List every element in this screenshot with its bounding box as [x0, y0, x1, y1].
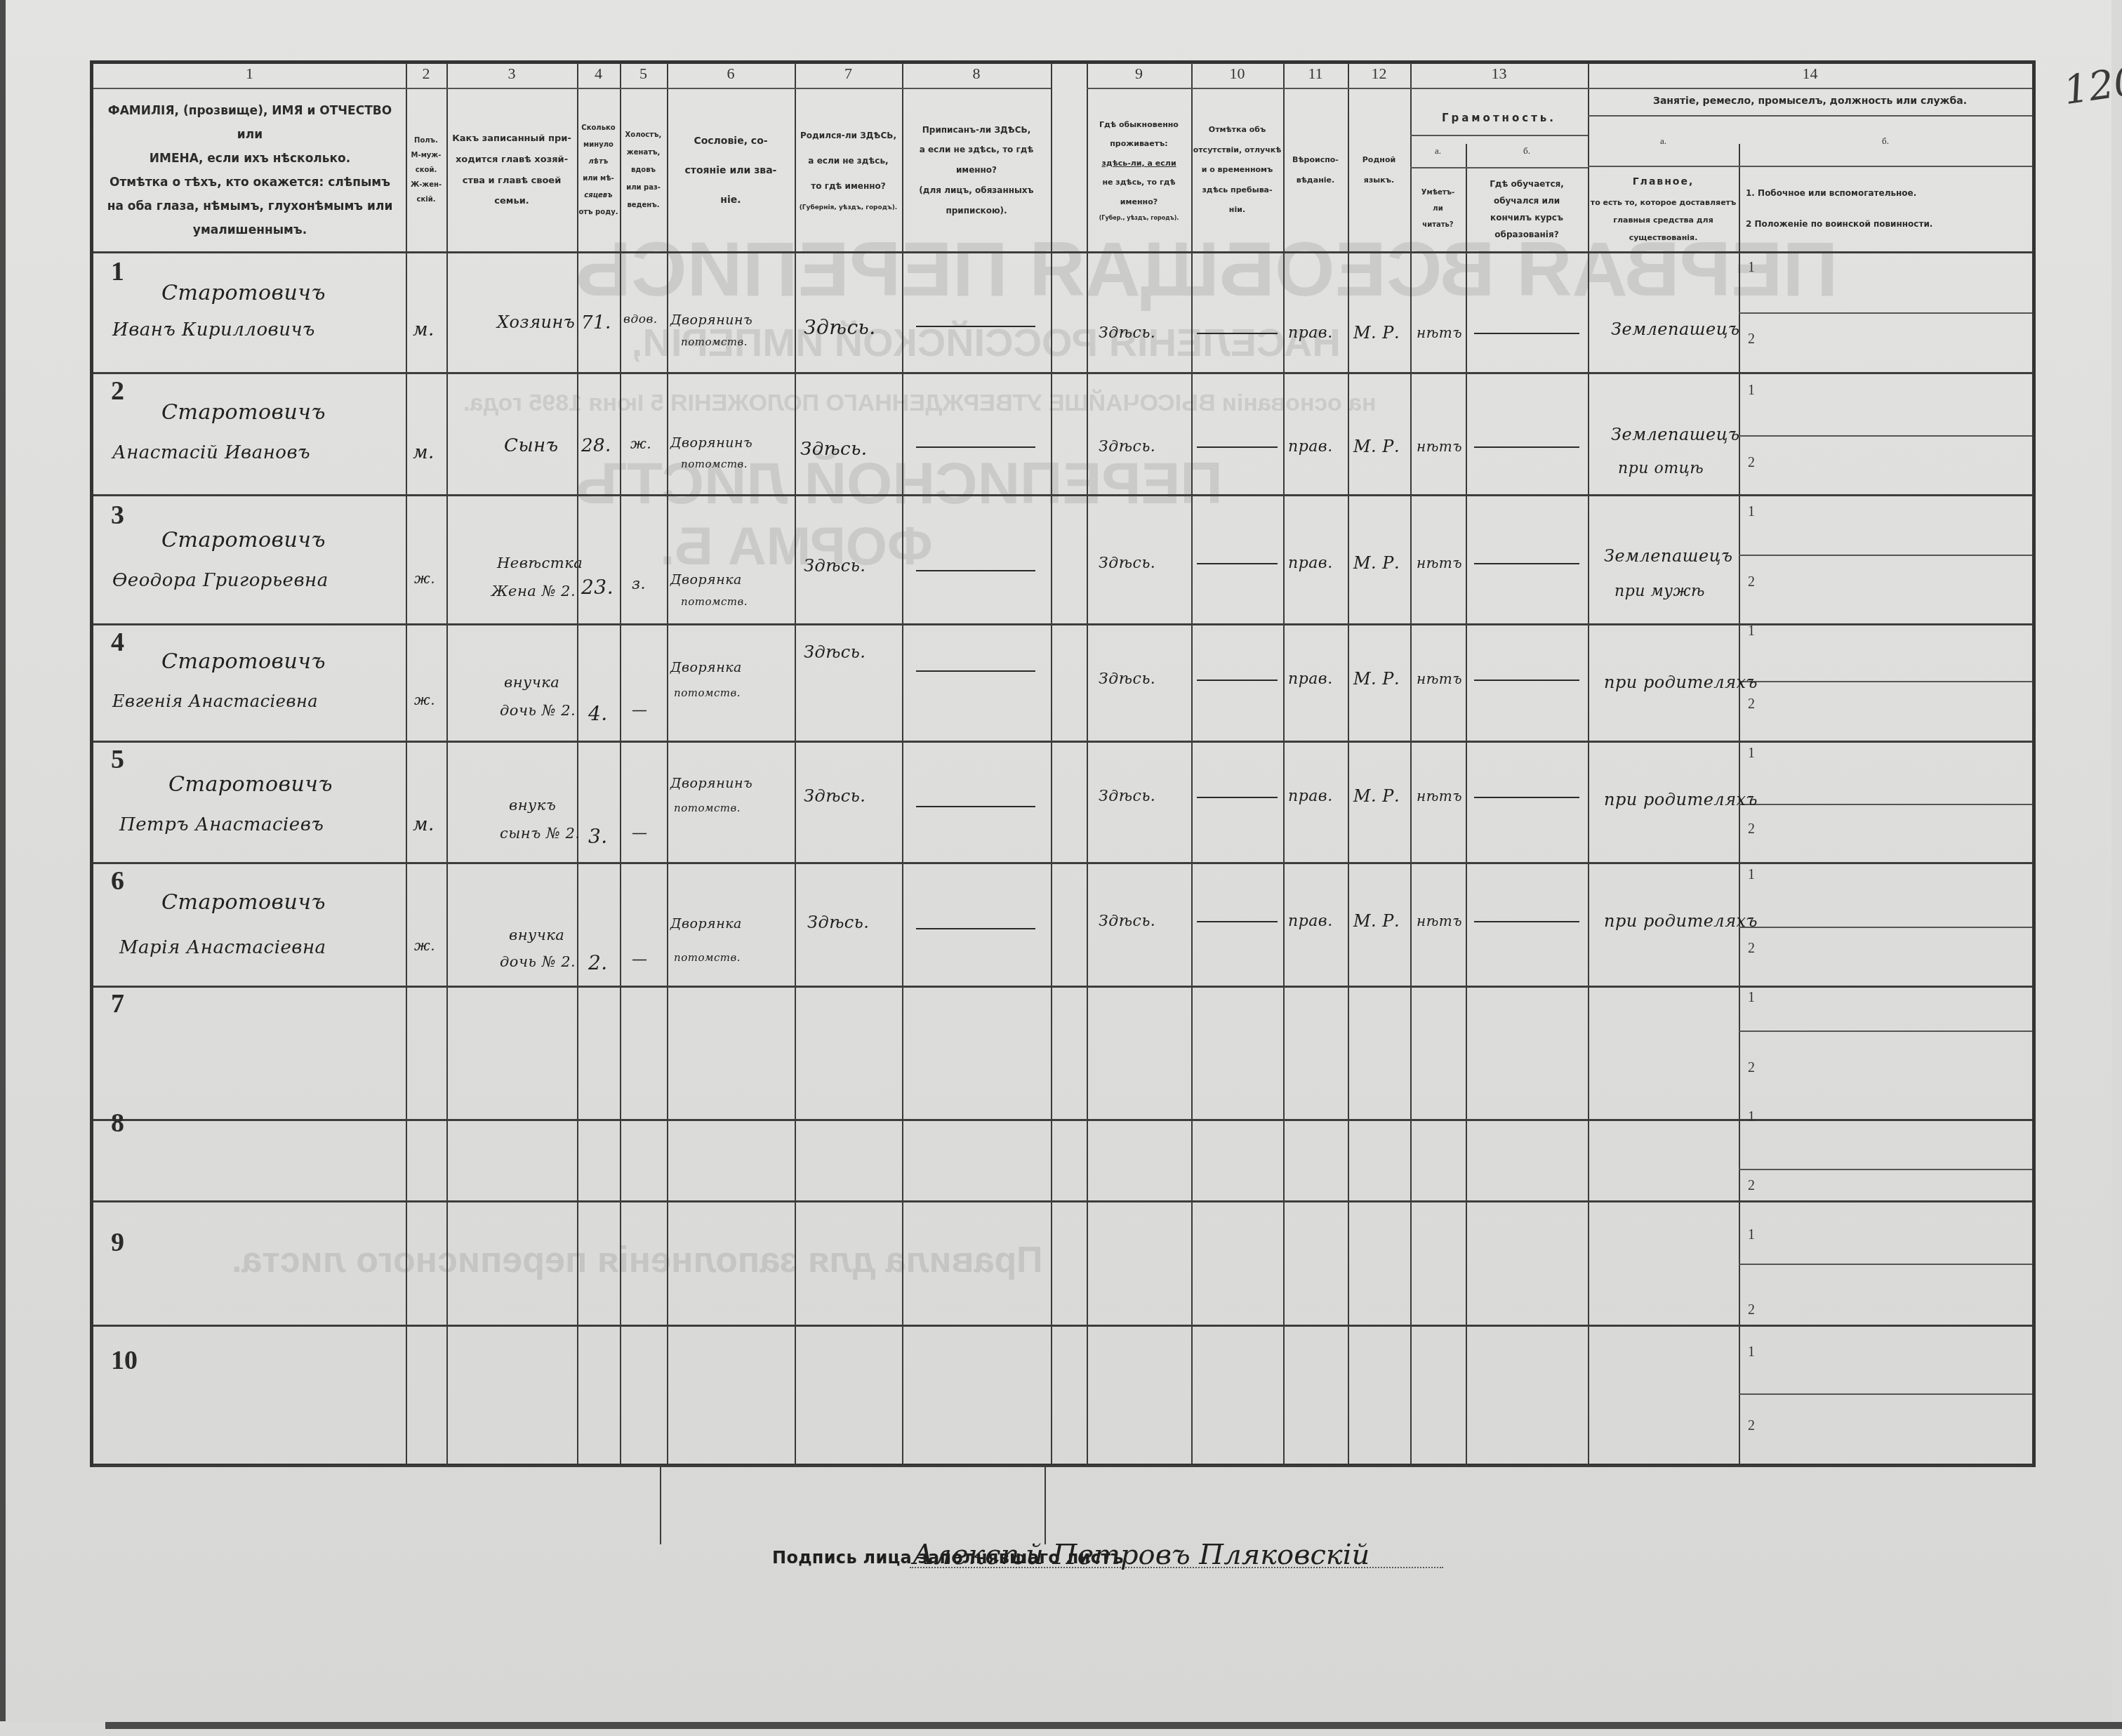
marital-status: з. [632, 576, 646, 593]
native-language: М. Р. [1353, 911, 1400, 931]
col-divider [902, 63, 903, 1467]
row-rule [93, 1119, 2032, 1121]
header-col-7: Родился-ли ЗДѢСЬ, а если не здѣсь, то гд… [796, 91, 901, 249]
sub-row-rule [1739, 1393, 2032, 1395]
can-read: нѣтъ [1417, 913, 1462, 929]
surname: Старотовичъ [161, 400, 326, 425]
scan-bottom-edge [105, 1722, 2122, 1729]
header-line: стояніе или зва- [685, 156, 777, 185]
header-line: здѣсь-ли, а если [1101, 154, 1176, 173]
header-line: семьи. [494, 191, 529, 212]
header-line: Ж-жен- [411, 178, 442, 192]
col-number: 2 [406, 65, 446, 83]
header-line: вдовъ [631, 161, 656, 179]
header-line: ніи. [1229, 200, 1245, 220]
census-table [90, 60, 2036, 1467]
col-number: 14 [1588, 65, 2032, 83]
religion: прав. [1288, 788, 1333, 805]
col-divider [577, 63, 578, 1467]
col-tail [1045, 1467, 1046, 1544]
sub-row-1: 1 [1748, 504, 1755, 520]
sex: ж. [414, 691, 435, 708]
marital-status: вдов. [623, 312, 658, 326]
header-col-10: Отмѣтка объ отсутствіи, отлучкѣ и о врем… [1193, 91, 1282, 249]
main-occupation: при родителяхъ [1604, 790, 1758, 809]
header-line: а если не здѣсь, [808, 148, 888, 173]
birthplace: Здѣсь. [804, 316, 876, 339]
header-col-13a-letter: а. [1412, 137, 1464, 165]
ditto-mark [1474, 921, 1579, 922]
can-read: нѣтъ [1417, 438, 1462, 455]
header-line: ства и главѣ своей [463, 171, 562, 192]
row-number: 4 [111, 627, 124, 658]
marital-status: — [632, 951, 648, 969]
residence: Здѣсь. [1099, 324, 1155, 342]
col-number: 6 [667, 65, 795, 83]
row-rule [93, 372, 2032, 374]
marital-status: — [632, 702, 648, 720]
row-rule [93, 1200, 2032, 1202]
residence: Здѣсь. [1099, 438, 1155, 456]
sub-row-rule [1739, 927, 2032, 928]
header-col-13-title: Грамотность. [1412, 105, 1586, 132]
ditto-mark [1197, 921, 1278, 922]
residence: Здѣсь. [1099, 670, 1155, 688]
col-number: 11 [1283, 65, 1348, 83]
ditto-mark [916, 446, 1035, 448]
header-line: читать? [1422, 217, 1453, 233]
estate: Дворянинъ [670, 776, 752, 791]
ditto-mark [916, 670, 1035, 672]
header-col-14a: Главное, то есть то, которое доставляетъ… [1589, 168, 1737, 249]
header-line: ФАМИЛІЯ, (прозвище), ИМЯ и ОТЧЕСТВО или [98, 99, 402, 147]
header-line: или раз- [626, 179, 661, 197]
sub-row-1: 1 [1748, 260, 1755, 276]
main-occupation: при родителяхъ [1604, 672, 1758, 692]
row-number: 8 [111, 1108, 124, 1139]
row-rule [93, 1325, 2032, 1327]
age: 4. [588, 702, 608, 725]
birthplace: Здѣсь. [804, 556, 866, 576]
col-divider [620, 63, 621, 1467]
header-line: или мѣ- [583, 171, 614, 187]
native-language: М. Р. [1353, 553, 1400, 573]
header-line: Приписанъ-ли ЗДѢСЬ, [922, 120, 1030, 140]
header-col-11: Вѣроиспо- вѣданіе. [1285, 91, 1346, 249]
religion: прав. [1288, 324, 1333, 342]
ditto-mark [1474, 563, 1579, 564]
header-col-14a-letter: а. [1589, 118, 1737, 164]
row-rule [93, 862, 2032, 864]
header-line: (Губер., уѣздъ, городъ). [1099, 211, 1179, 225]
header-col-13b: Гдѣ обучается, обучался или кончилъ курс… [1467, 168, 1586, 249]
header-line: (для лицъ, обязанныхъ [919, 180, 1033, 201]
header-col-13a: Умѣетъ- ли читать? [1412, 168, 1464, 249]
given-name: Марія Анастасіевна [119, 937, 326, 958]
sub-row-2: 2 [1748, 1060, 1755, 1076]
sub-row-1: 1 [1748, 623, 1755, 640]
col-number: 9 [1087, 65, 1191, 83]
ditto-mark [916, 570, 1035, 571]
relation: Жена № 2. [491, 583, 576, 599]
native-language: М. Р. [1353, 786, 1400, 806]
header-line: отъ роду. [578, 204, 618, 221]
header-line: именно? [956, 160, 997, 180]
sub-row-rule [1739, 1264, 2032, 1265]
col-number: 8 [902, 65, 1051, 83]
estate: потомств. [681, 595, 748, 608]
surname: Старотовичъ [168, 772, 333, 797]
header-line: проживаетъ: [1110, 134, 1168, 154]
header-line: Отмѣтка о тѣхъ, кто окажется: слѣпымъ [110, 171, 390, 194]
col-divider [1283, 63, 1285, 1467]
relation: сынъ № 2. [500, 825, 580, 842]
header-number-rule [1087, 88, 2032, 89]
header-col-6: Сословіе, со- стояніе или зва- ніе. [668, 91, 793, 249]
can-read: нѣтъ [1417, 788, 1462, 804]
estate: Дворянка [670, 916, 742, 932]
sub-row-1: 1 [1748, 383, 1755, 399]
header-line: то есть то, которое доставляетъ [1591, 194, 1736, 211]
religion: прав. [1288, 913, 1333, 930]
sub-row-2: 2 [1748, 1418, 1755, 1434]
relation: дочь № 2. [500, 953, 576, 970]
header-line: сяцевъ [584, 187, 612, 204]
relation: Хозяинъ [497, 312, 575, 332]
header-number-rule [93, 88, 1051, 89]
surname: Старотовичъ [161, 890, 326, 915]
col-number: 4 [577, 65, 620, 83]
given-name: Анастасій Ивановъ [112, 442, 310, 463]
birthplace: Здѣсь. [804, 786, 866, 806]
surname: Старотовичъ [161, 281, 326, 305]
header-line: на оба глаза, нѣмымъ, глухонѣмымъ или [107, 194, 393, 218]
row-number: 5 [111, 744, 124, 775]
header-line: Гдѣ обучается, [1490, 175, 1564, 192]
header-line: 1. Побочное или вспомогательное. [1746, 178, 1916, 208]
ditto-mark [1474, 333, 1579, 334]
header-line: 2 Положеніе по воинской повинности. [1746, 209, 1932, 239]
sex: ж. [414, 937, 435, 954]
header-line: припискою). [946, 201, 1007, 221]
estate: потомств. [674, 951, 741, 964]
row-rule [93, 986, 2032, 988]
header-line: и о временномъ [1202, 160, 1273, 180]
estate: Дворянка [670, 660, 742, 675]
ditto-mark [1197, 446, 1278, 448]
sex: м. [413, 814, 435, 835]
header-bottom-rule [93, 251, 2032, 253]
sub-row-2: 2 [1748, 1178, 1755, 1194]
header-line: Главное, [1633, 171, 1695, 193]
estate: потомств. [681, 336, 748, 348]
header-col-1: ФАМИЛІЯ, (прозвище), ИМЯ и ОТЧЕСТВО или … [98, 91, 402, 249]
residence: Здѣсь. [1099, 555, 1155, 572]
surname: Старотовичъ [161, 649, 326, 674]
header-line: обучался или [1494, 192, 1560, 209]
row-rule [93, 741, 2032, 743]
relation: дочь № 2. [500, 702, 576, 719]
header-col-5: Холостъ, женатъ, вдовъ или раз- веденъ. [621, 91, 665, 249]
main-occupation: при отцѣ [1618, 460, 1704, 477]
header-line: здѣсь пребыва- [1202, 180, 1272, 201]
header-line: ходится главѣ хозяй- [456, 150, 568, 171]
header-line: Гдѣ обыкновенно [1099, 115, 1179, 135]
birthplace: Здѣсь. [804, 642, 866, 662]
religion: прав. [1288, 438, 1333, 456]
header-line: отсутствіи, отлучкѣ [1193, 140, 1282, 161]
ditto-mark [1474, 797, 1579, 798]
row-number: 2 [111, 376, 124, 406]
ditto-mark [1197, 680, 1278, 681]
header-line: Родился-ли ЗДѢСЬ, [800, 123, 896, 148]
native-language: М. Р. [1353, 323, 1400, 343]
header-line: вѣданіе. [1297, 171, 1334, 191]
sub-row-rule [1739, 555, 2032, 556]
col-divider [1588, 63, 1589, 1467]
given-name: Петръ Анастасіевъ [119, 814, 324, 835]
sub-row-2: 2 [1748, 574, 1755, 590]
header-line: образованія? [1494, 226, 1558, 243]
native-language: М. Р. [1353, 669, 1400, 689]
ditto-mark [1197, 563, 1278, 564]
ditto-mark [1197, 797, 1278, 798]
age: 23. [581, 576, 614, 599]
col-number: 7 [795, 65, 902, 83]
relation: внучка [509, 927, 564, 943]
header-line: умалишеннымъ. [193, 218, 307, 242]
row-number: 3 [111, 500, 124, 531]
main-occupation: Землепашецъ [1611, 425, 1739, 444]
estate: потомств. [674, 687, 741, 699]
row-number: 10 [111, 1345, 138, 1376]
sub-row-2: 2 [1748, 1302, 1755, 1318]
relation: внукъ [509, 797, 556, 814]
can-read: нѣтъ [1417, 324, 1462, 341]
sub-row-2: 2 [1748, 455, 1755, 471]
ditto-mark [916, 928, 1035, 929]
sub-row-rule [1739, 1031, 2032, 1032]
sub-row-rule [1739, 804, 2032, 805]
row-number: 6 [111, 866, 124, 896]
header-line: Вѣроиспо- [1292, 150, 1339, 171]
religion: прав. [1288, 555, 1333, 572]
header-line: скій. [417, 192, 436, 207]
sub-row-1: 1 [1748, 1109, 1755, 1125]
ditto-mark [916, 806, 1035, 807]
header-line: веденъ. [627, 197, 659, 214]
header-line: Холостъ, [625, 126, 662, 144]
header-col-8: Приписанъ-ли ЗДѢСЬ, а если не здѣсь, то … [903, 91, 1049, 249]
col-number: 10 [1191, 65, 1283, 83]
marital-status: — [632, 825, 648, 842]
header-line: М-муж- [411, 148, 442, 163]
col-number: 5 [620, 65, 667, 83]
relation: внучка [504, 674, 559, 691]
header-line: ніе. [720, 185, 741, 215]
estate: потомств. [681, 458, 748, 470]
main-occupation: при родителяхъ [1604, 911, 1758, 931]
header-col-2: Полъ. М-муж- ской. Ж-жен- скій. [407, 91, 445, 249]
header-sub-rule [1410, 135, 1588, 136]
header-col-3: Какъ записанный при- ходится главѣ хозяй… [448, 91, 576, 249]
can-read: нѣтъ [1417, 670, 1462, 687]
header-col-14b: 1. Побочное или вспомогательное. 2 Полож… [1740, 168, 2031, 249]
marital-status: ж. [630, 435, 651, 452]
header-line: а если не здѣсь, то гдѣ [920, 140, 1034, 160]
sex: ж. [414, 570, 435, 587]
birthplace: Здѣсь. [807, 913, 869, 932]
residence: Здѣсь. [1099, 913, 1155, 930]
header-line: Отмѣтка объ [1209, 120, 1266, 140]
sub-row-2: 2 [1748, 821, 1755, 837]
col-divider [667, 63, 668, 1467]
header-line: то гдѣ именно? [811, 173, 886, 199]
estate: потомств. [674, 802, 741, 814]
estate: Дворянка [670, 572, 742, 588]
sex: м. [413, 319, 435, 340]
header-sub-rule [1588, 166, 2032, 167]
sex: м. [413, 442, 435, 463]
header-line: лѣтъ [589, 154, 609, 171]
age: 28. [581, 435, 611, 456]
col-tail [660, 1467, 661, 1544]
col-divider [1087, 63, 1088, 1467]
row-rule [93, 494, 2032, 496]
sub-row-rule [1739, 435, 2032, 437]
header-line: (Губернія, уѣздъ, городъ). [800, 199, 898, 218]
header-line: Какъ записанный при- [452, 128, 571, 150]
header-col-12: Родной языкъ. [1349, 91, 1409, 249]
header-col-13b-letter: б. [1467, 137, 1586, 165]
sub-row-1: 1 [1748, 746, 1755, 762]
ditto-mark [916, 326, 1035, 327]
native-language: М. Р. [1353, 437, 1400, 456]
age: 3. [588, 825, 608, 848]
estate: Дворянинъ [670, 312, 752, 328]
col-number: 12 [1348, 65, 1410, 83]
header-line: минуло [583, 137, 614, 154]
sub-row-1: 1 [1748, 867, 1755, 883]
col-number: 3 [446, 65, 577, 83]
header-sub-rule [1588, 115, 2032, 117]
sub-row-2: 2 [1748, 331, 1755, 347]
header-line: языкъ. [1364, 171, 1394, 191]
header-line: Умѣетъ- [1421, 185, 1455, 201]
header-line: ской. [416, 163, 437, 178]
given-name: Өеодора Григорьевна [112, 570, 329, 591]
header-line: главныя средства для существованія. [1589, 211, 1737, 247]
col-divider [1348, 63, 1349, 1467]
header-line: ли [1433, 201, 1443, 217]
scan-left-edge [0, 0, 6, 1721]
ditto-mark [1474, 446, 1579, 448]
header-line: Родной [1362, 150, 1395, 171]
header-line: не здѣсь, то гдѣ [1102, 173, 1175, 192]
col-divider [1051, 63, 1052, 1467]
sub-row-2: 2 [1748, 696, 1755, 713]
col-divider [1191, 63, 1193, 1467]
header-col-4: Сколько минуло лѣтъ или мѣ- сяцевъ отъ р… [578, 91, 618, 249]
sub-row-2: 2 [1748, 941, 1755, 957]
header-line: кончилъ курсъ [1490, 209, 1563, 226]
header-line: Полъ. [414, 133, 438, 148]
birthplace: Здѣсь. [800, 439, 868, 460]
sub-row-1: 1 [1748, 1344, 1755, 1360]
header-col-9: Гдѣ обыкновенно проживаетъ: здѣсь-ли, а … [1088, 91, 1190, 249]
row-number: 9 [111, 1227, 124, 1258]
header-line: ИМЕНА, если ихъ нѣсколько. [150, 147, 350, 171]
main-occupation: Землепашецъ [1604, 546, 1732, 566]
sub-row-rule [1739, 312, 2032, 314]
col-divider [1410, 63, 1412, 1467]
religion: прав. [1288, 670, 1333, 688]
given-name: Иванъ Кирилловичъ [112, 319, 315, 340]
col-divider [795, 63, 796, 1467]
row-rule [93, 623, 2032, 625]
sub-row-1: 1 [1748, 1227, 1755, 1243]
signature: Алексѣй Петровъ Пляковскій [913, 1539, 1370, 1571]
header-line: Сословіе, со- [694, 126, 767, 156]
header-col-14b-letter: б. [1740, 118, 2031, 164]
row-rule [93, 1465, 2032, 1467]
relation: Сынъ [504, 435, 559, 456]
main-occupation: при мужѣ [1614, 583, 1705, 600]
header-line: Сколько [581, 120, 615, 137]
header-col-14-title: Занятіе, ремесло, промыселъ, должность и… [1589, 90, 2031, 114]
residence: Здѣсь. [1099, 788, 1155, 805]
ditto-mark [1197, 333, 1278, 334]
col-number: 1 [93, 65, 406, 83]
relation: Невѣстка [497, 555, 583, 571]
given-name: Евгенія Анастасіевна [112, 691, 318, 711]
main-occupation: Землепашецъ [1611, 319, 1739, 339]
age: 2. [588, 951, 608, 974]
col-divider [446, 63, 448, 1467]
sub-row-1: 1 [1748, 990, 1755, 1006]
surname: Старотовичъ [161, 528, 326, 552]
row-number: 1 [111, 256, 124, 287]
col-number: 13 [1410, 65, 1588, 83]
age: 71. [581, 312, 611, 333]
ditto-mark [1474, 680, 1579, 681]
can-read: нѣтъ [1417, 555, 1462, 571]
sub-row-rule [1739, 1169, 2032, 1170]
header-line: именно? [1120, 192, 1158, 212]
col-divider [1466, 144, 1467, 1467]
row-number: 7 [111, 988, 124, 1019]
col-divider [406, 63, 407, 1467]
header-line: женатъ, [627, 144, 661, 161]
estate: Дворянинъ [670, 435, 752, 451]
sub-row-rule [1739, 681, 2032, 682]
